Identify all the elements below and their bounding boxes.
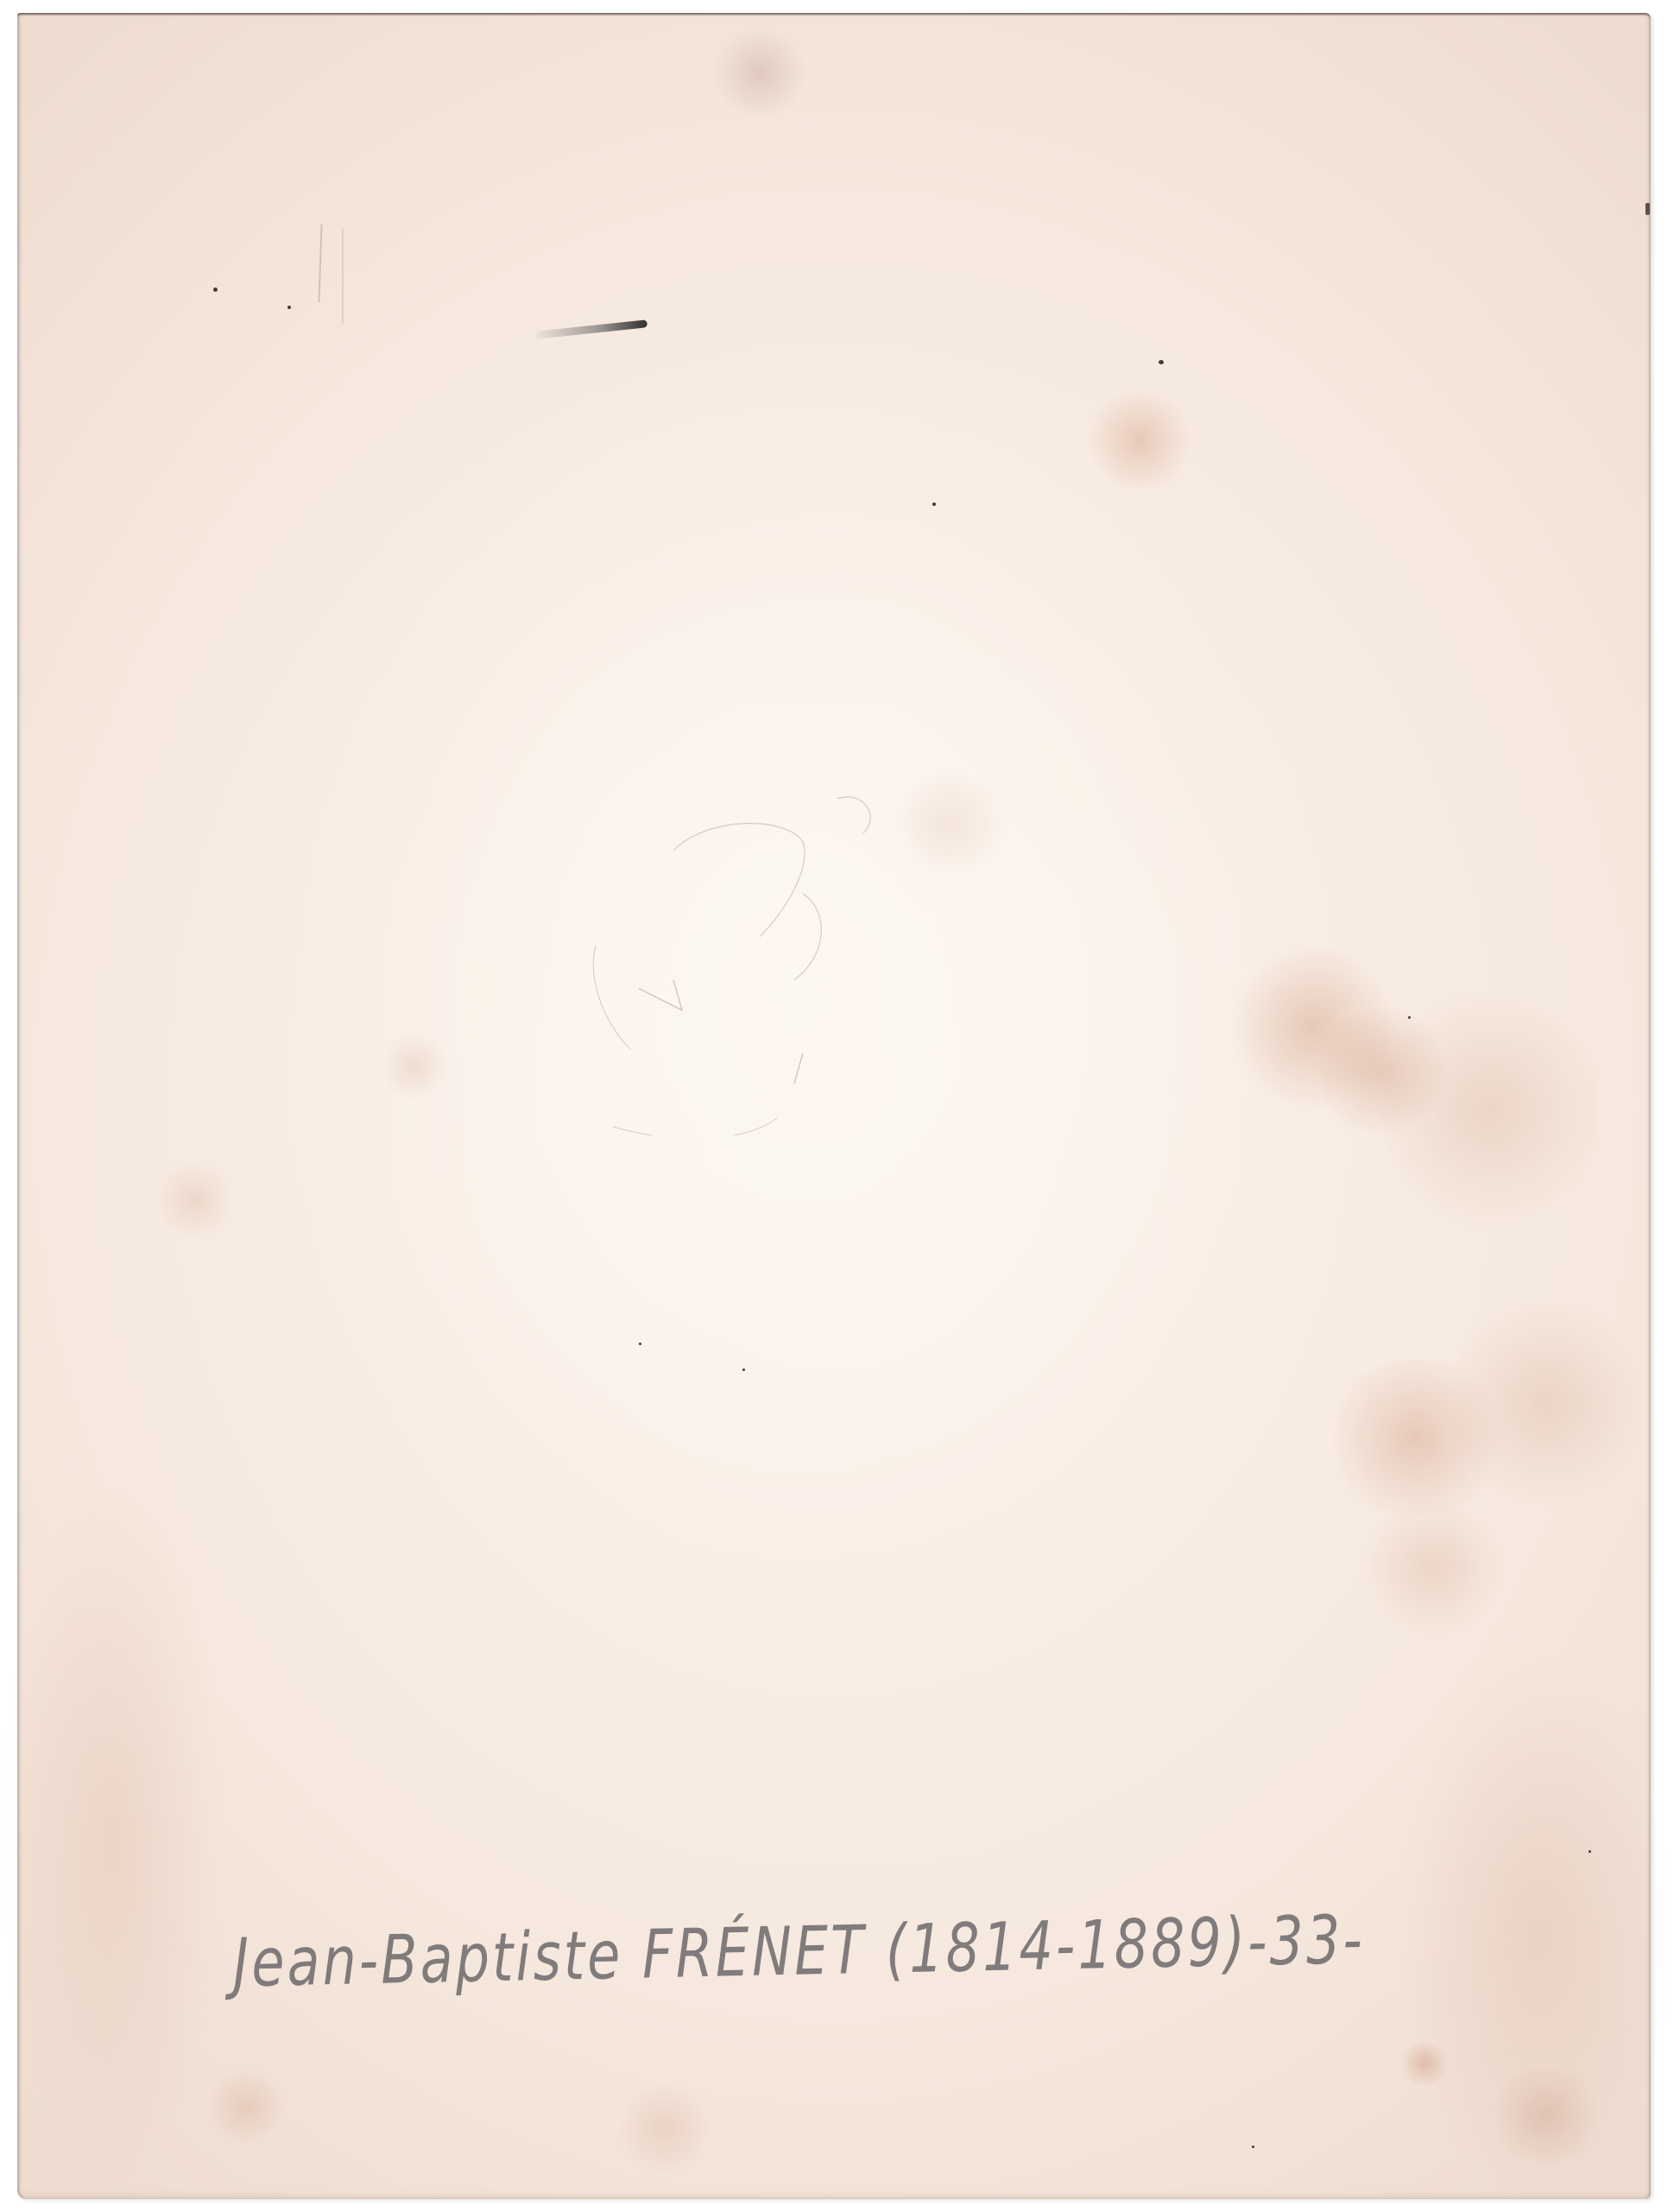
- foxing-stain: [1312, 1006, 1450, 1135]
- foxing-stain: [1399, 2042, 1450, 2085]
- foxing-stain: [1083, 393, 1196, 488]
- speck: [1252, 2146, 1254, 2148]
- foxing-stain: [1364, 1498, 1502, 1636]
- faint-mark: [342, 229, 344, 324]
- inscription-number: -33-: [1247, 1899, 1366, 1981]
- speck: [1408, 1016, 1411, 1019]
- speck: [1588, 1850, 1591, 1853]
- speck: [639, 1343, 641, 1345]
- foxing-stain: [207, 2068, 285, 2146]
- edge-discoloration: [0, 1481, 224, 2189]
- inscription-name: Jean-Baptiste FRÉNET: [232, 1911, 867, 2003]
- speck: [213, 288, 218, 292]
- speck: [932, 502, 936, 506]
- speck: [742, 1368, 745, 1371]
- inscription-dates: (1814-1889): [885, 1902, 1248, 1988]
- edge-discoloration: [1399, 1653, 1675, 2206]
- foxing-stain: [155, 1161, 233, 1239]
- faint-sketch-trace: [501, 738, 1019, 1135]
- speck: [1159, 360, 1164, 364]
- photo-card-back: Jean-Baptiste FRÉNET (1814-1889)-33-: [17, 13, 1651, 2199]
- foxing-stain: [1226, 945, 1399, 1109]
- pencil-stroke: [535, 319, 647, 339]
- handwritten-inscription: Jean-Baptiste FRÉNET (1814-1889)-33-: [232, 1899, 1366, 2002]
- faint-mark: [318, 224, 322, 302]
- foxing-stain: [1321, 1360, 1511, 1515]
- foxing-stain: [708, 30, 812, 117]
- foxing-stain: [1450, 1291, 1640, 1515]
- speck: [287, 306, 291, 309]
- foxing-stain: [1485, 2068, 1606, 2163]
- speck: [1645, 203, 1650, 215]
- foxing-stain: [380, 1032, 449, 1101]
- foxing-stain: [1381, 980, 1597, 1239]
- foxing-stain: [613, 2085, 717, 2171]
